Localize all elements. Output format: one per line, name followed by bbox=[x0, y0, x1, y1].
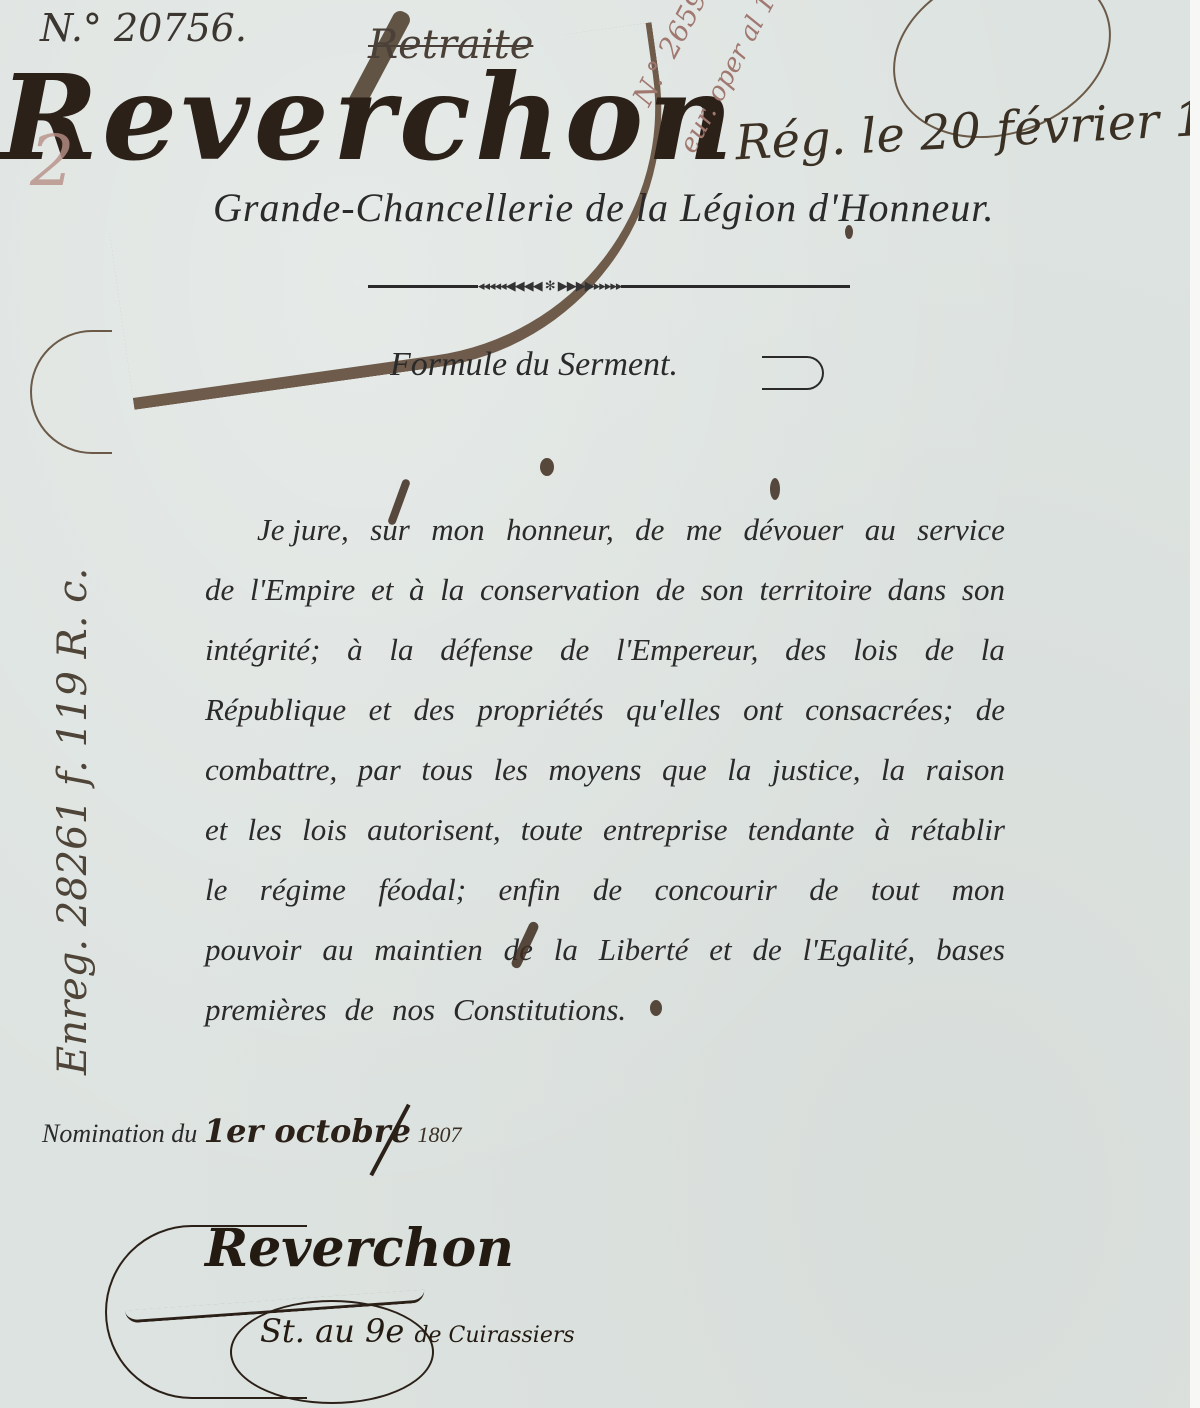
oath-word: autorisent, bbox=[367, 800, 500, 860]
oath-word: service bbox=[917, 500, 1005, 560]
oath-word: que bbox=[662, 740, 707, 800]
oath-line: pouvoir au maintien de la Liberté et de … bbox=[205, 920, 1005, 980]
oath-word: raison bbox=[926, 740, 1005, 800]
oath-word: enfin bbox=[499, 860, 561, 920]
oath-word: mon bbox=[952, 860, 1005, 920]
divider-rule-left bbox=[368, 285, 478, 288]
oath-word: maintien bbox=[374, 920, 483, 980]
oath-word: moyens bbox=[549, 740, 642, 800]
registration-margin-note: Enreg. 28261 f. 119 R. c. bbox=[50, 568, 96, 1075]
oath-line: Je jure, sur mon honneur, de me dévouer … bbox=[205, 500, 1005, 560]
oath-word: combattre, bbox=[205, 740, 337, 800]
oath-word: mon bbox=[431, 500, 484, 560]
oath-line: et les lois autorisent, toute entreprise… bbox=[205, 800, 1005, 860]
oath-word: à bbox=[347, 620, 363, 680]
oath-word: me bbox=[686, 500, 722, 560]
ornamental-divider: ◂◂◂◂◂◀◀◀◀ ✻ ▶▶▶▶▸▸▸▸▸ bbox=[368, 276, 850, 296]
oath-word: les bbox=[248, 800, 282, 860]
institution-letterhead: Grande-Chancellerie de la Légion d'Honne… bbox=[213, 184, 994, 231]
oath-word: de bbox=[976, 680, 1005, 740]
oath-word: le bbox=[205, 860, 227, 920]
oath-word: rétablir bbox=[910, 800, 1005, 860]
oath-word: au bbox=[322, 920, 353, 980]
oath-word: son bbox=[701, 560, 744, 620]
oath-line: intégrité; à la défense de l'Empereur, d… bbox=[205, 620, 1005, 680]
oath-word: de bbox=[809, 860, 838, 920]
rank-prefix: St. bbox=[260, 1312, 305, 1350]
oath-word: ont bbox=[743, 680, 783, 740]
rank-line: St. au 9e de Cuirassiers bbox=[260, 1312, 575, 1350]
oath-word: concourir bbox=[655, 860, 777, 920]
divider-ornament-icon: ◂◂◂◂◂◀◀◀◀ ✻ ▶▶▶▶▸▸▸▸▸ bbox=[478, 279, 621, 294]
ink-blot bbox=[650, 1000, 662, 1016]
document-page: N.° 20756. Retraite Reverchon 2 N.° 2659… bbox=[0, 0, 1190, 1408]
oath-word: qu'elles bbox=[626, 680, 720, 740]
oath-line: République et des propriétés qu'elles on… bbox=[205, 680, 1005, 740]
oath-line: premières de nos Constitutions. bbox=[205, 980, 1005, 1040]
oath-word: bases bbox=[936, 920, 1005, 980]
oath-word: la bbox=[440, 560, 464, 620]
oath-word: des bbox=[414, 680, 455, 740]
surname-heading: Reverchon bbox=[0, 48, 737, 187]
oath-word: tous bbox=[421, 740, 473, 800]
oath-word: la bbox=[881, 740, 905, 800]
oath-word: de bbox=[345, 980, 374, 1040]
rank-regiment: de Cuirassiers bbox=[414, 1323, 574, 1348]
oath-word: de bbox=[560, 620, 589, 680]
oath-word: par bbox=[358, 740, 401, 800]
oath-word: la bbox=[554, 920, 578, 980]
oath-word: consacrées; bbox=[805, 680, 953, 740]
oath-word: l'Empereur, bbox=[616, 620, 758, 680]
oath-word: la bbox=[981, 620, 1005, 680]
oath-word: et bbox=[205, 800, 227, 860]
oath-word: la bbox=[727, 740, 751, 800]
oath-word: pouvoir bbox=[205, 920, 301, 980]
title-flourish bbox=[762, 356, 824, 390]
oath-word: dévouer bbox=[743, 500, 843, 560]
oath-word: et bbox=[369, 680, 391, 740]
oath-word: lois bbox=[853, 620, 898, 680]
oath-word: à bbox=[409, 560, 425, 620]
oath-word: premières bbox=[205, 980, 327, 1040]
oath-word: tout bbox=[871, 860, 919, 920]
ink-blot bbox=[845, 225, 853, 239]
oath-word: de bbox=[635, 500, 664, 560]
oath-word: lois bbox=[302, 800, 347, 860]
oath-word: dans bbox=[888, 560, 947, 620]
rank-middle: au 9e bbox=[315, 1312, 404, 1350]
divider-rule-right bbox=[621, 285, 850, 288]
oath-word: les bbox=[494, 740, 528, 800]
oath-word: justice, bbox=[772, 740, 861, 800]
oath-word: féodal; bbox=[378, 860, 466, 920]
margin-flourish bbox=[30, 330, 112, 454]
oath-word: et bbox=[709, 920, 731, 980]
oath-word: des bbox=[785, 620, 826, 680]
oath-word: au bbox=[865, 500, 896, 560]
oath-word: propriétés bbox=[477, 680, 603, 740]
scan-edge bbox=[1190, 0, 1200, 1408]
nomination-label: Nomination du bbox=[42, 1119, 197, 1148]
ink-blot bbox=[770, 478, 780, 500]
oath-word: son bbox=[962, 560, 1005, 620]
oath-word: territoire bbox=[759, 560, 872, 620]
oath-word: régime bbox=[260, 860, 346, 920]
oath-word: l'Egalité, bbox=[803, 920, 916, 980]
oath-line: le régime féodal; enfin de concourir de … bbox=[205, 860, 1005, 920]
oath-word: l'Empire bbox=[250, 560, 355, 620]
oath-title: Formule du Serment. bbox=[390, 346, 678, 384]
signature: Reverchon bbox=[205, 1218, 514, 1279]
oath-word: toute bbox=[521, 800, 583, 860]
registration-year: 1811. bbox=[1173, 85, 1190, 149]
oath-word: la bbox=[389, 620, 413, 680]
oath-word: et bbox=[371, 560, 393, 620]
registration-date-text: Rég. le 20 février bbox=[734, 93, 1160, 171]
oath-line: combattre, par tous les moyens que la ju… bbox=[205, 740, 1005, 800]
oath-word: à bbox=[875, 800, 891, 860]
oath-word: Je jure, bbox=[257, 500, 349, 560]
nomination-date: 1er octobre bbox=[204, 1112, 411, 1150]
oath-word: sur bbox=[370, 500, 410, 560]
document-number: N.° 20756. bbox=[40, 6, 247, 50]
oath-word: de bbox=[593, 860, 622, 920]
oath-word: nos bbox=[392, 980, 435, 1040]
oath-word: de bbox=[656, 560, 685, 620]
oath-text: Je jure, sur mon honneur, de me dévouer … bbox=[205, 500, 1005, 1040]
oath-word: Constitutions. bbox=[453, 980, 626, 1040]
oath-word: honneur, bbox=[506, 500, 614, 560]
oath-word: Liberté bbox=[599, 920, 689, 980]
oath-word: défense bbox=[440, 620, 533, 680]
nomination-year: 1807 bbox=[417, 1122, 461, 1147]
oath-word: intégrité; bbox=[205, 620, 320, 680]
red-margin-mark: 2 bbox=[30, 120, 75, 202]
ink-blot bbox=[540, 458, 554, 476]
oath-word: de bbox=[753, 920, 782, 980]
oath-word: conservation bbox=[480, 560, 640, 620]
oath-word: entreprise bbox=[603, 800, 728, 860]
oath-word: de bbox=[925, 620, 954, 680]
oath-word: tendante bbox=[748, 800, 855, 860]
oath-line: de l'Empire et à la conservation de son … bbox=[205, 560, 1005, 620]
oath-word: République bbox=[205, 680, 346, 740]
oath-word: de bbox=[205, 560, 234, 620]
